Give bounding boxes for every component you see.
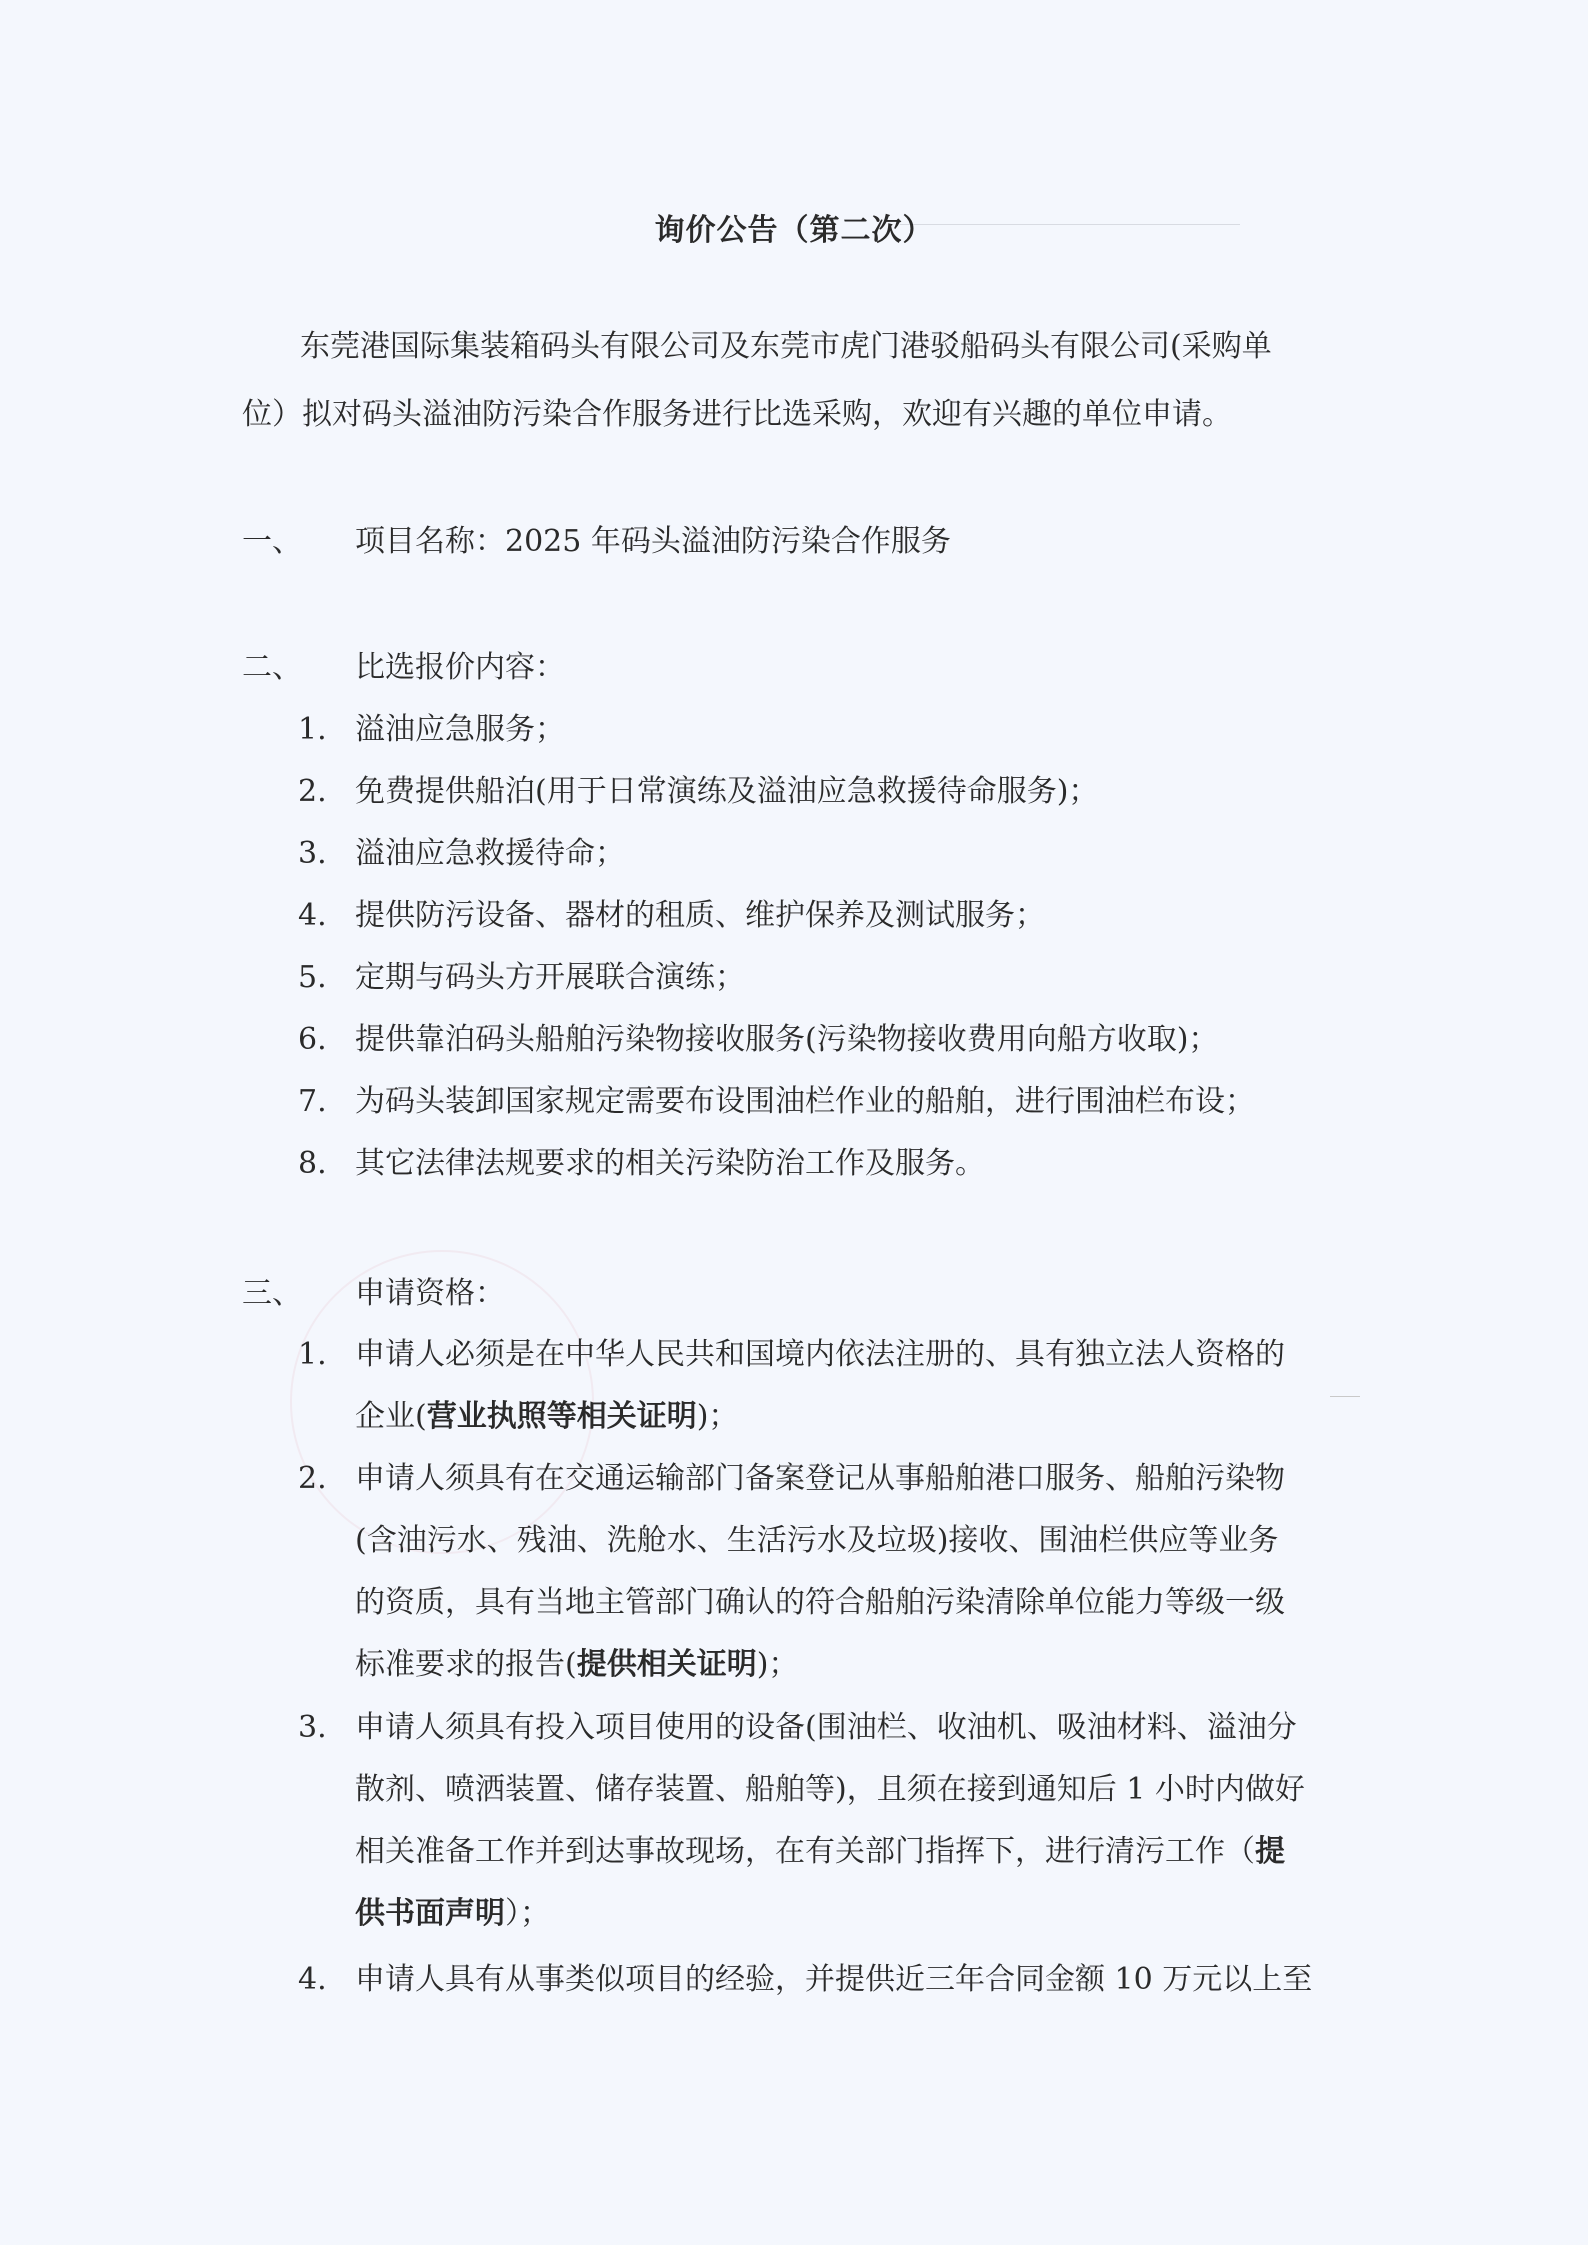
list-item-text: 其它法律法规要求的相关污染防治工作及服务。	[355, 1144, 985, 1184]
list-item-number: 4.	[298, 1960, 327, 2000]
text-run: )；	[757, 1647, 799, 1682]
list-item-number: 8.	[298, 1144, 327, 1184]
list-item-text: 溢油应急救援待命；	[355, 834, 625, 874]
list-item-text: 溢油应急服务；	[355, 710, 565, 750]
list-item-text-line: 供书面声明）；	[355, 1894, 550, 1934]
list-item-number: 2.	[298, 772, 327, 812]
section-1-heading: 项目名称：2025 年码头溢油防污染合作服务	[355, 522, 951, 562]
list-item-text-line: (含油污水、残油、洗舱水、生活污水及垃圾)接收、围油栏供应等业务	[355, 1521, 1278, 1561]
intro-paragraph-line-2: 位）拟对码头溢油防污染合作服务进行比选采购，欢迎有兴趣的单位申请。	[242, 395, 1232, 435]
list-item-number: 3.	[298, 1708, 327, 1748]
section-3-heading: 申请资格：	[355, 1274, 505, 1314]
list-item-text: 定期与码头方开展联合演练；	[355, 958, 745, 998]
list-item-number: 7.	[298, 1082, 327, 1122]
list-item-number: 4.	[298, 896, 327, 936]
list-item-text-line: 申请人须具有投入项目使用的设备(围油栏、收油机、吸油材料、溢油分	[355, 1708, 1297, 1748]
list-item-text: 提供靠泊码头船舶污染物接收服务(污染物接收费用向船方收取)；	[355, 1020, 1218, 1060]
list-item-text: 免费提供船泊(用于日常演练及溢油应急救援待命服务)；	[355, 772, 1098, 812]
list-item-number: 1.	[298, 1335, 327, 1375]
bold-text-run: 提供相关证明	[577, 1647, 757, 1682]
list-item-text-line: 申请人须具有在交通运输部门备案登记从事船舶港口服务、船舶污染物	[355, 1459, 1285, 1499]
list-item-text-line: 企业(营业执照等相关证明)；	[355, 1397, 738, 1437]
list-item-number: 2.	[298, 1459, 327, 1499]
list-item-number: 1.	[298, 710, 327, 750]
list-item-number: 6.	[298, 1020, 327, 1060]
text-run: 相关准备工作并到达事故现场，在有关部门指挥下，进行清污工作（	[355, 1834, 1255, 1869]
text-run: ）；	[505, 1896, 550, 1931]
list-item-text-line: 申请人具有从事类似项目的经验，并提供近三年合同金额 10 万元以上至	[355, 1960, 1312, 2000]
document-page: 询价公告（第二次） 东莞港国际集装箱码头有限公司及东莞市虎门港驳船码头有限公司(…	[0, 0, 1588, 2245]
section-1-number: 一、	[242, 522, 302, 562]
section-3-number: 三、	[242, 1274, 302, 1314]
section-2-heading: 比选报价内容：	[355, 648, 565, 688]
list-item-text: 提供防污设备、器材的租质、维护保养及测试服务；	[355, 896, 1045, 936]
list-item-text-line: 相关准备工作并到达事故现场，在有关部门指挥下，进行清污工作（提	[355, 1832, 1285, 1872]
intro-paragraph-line-1: 东莞港国际集装箱码头有限公司及东莞市虎门港驳船码头有限公司(采购单	[300, 327, 1272, 367]
bold-text-run: 营业执照等相关证明	[427, 1399, 697, 1434]
list-item-number: 5.	[298, 958, 327, 998]
document-title: 询价公告（第二次）	[0, 205, 1588, 249]
section-2-number: 二、	[242, 648, 302, 688]
list-item-text-line: 的资质，具有当地主管部门确认的符合船舶污染清除单位能力等级一级	[355, 1583, 1285, 1623]
scan-dash-mark	[1330, 1396, 1360, 1397]
list-item-text: 为码头装卸国家规定需要布设围油栏作业的船舶，进行围油栏布设；	[355, 1082, 1255, 1122]
list-item-text-line: 散剂、喷洒装置、储存装置、船舶等)，且须在接到通知后 1 小时内做好	[355, 1770, 1305, 1810]
list-item-text-line: 申请人必须是在中华人民共和国境内依法注册的、具有独立法人资格的	[355, 1335, 1285, 1375]
text-run: )；	[697, 1399, 739, 1434]
text-run: 企业(	[355, 1399, 427, 1434]
bold-text-run: 供书面声明	[355, 1896, 505, 1931]
list-item-text-line: 标准要求的报告(提供相关证明)；	[355, 1645, 798, 1685]
bold-text-run: 提	[1255, 1834, 1285, 1869]
text-run: 标准要求的报告(	[355, 1647, 577, 1682]
list-item-number: 3.	[298, 834, 327, 874]
